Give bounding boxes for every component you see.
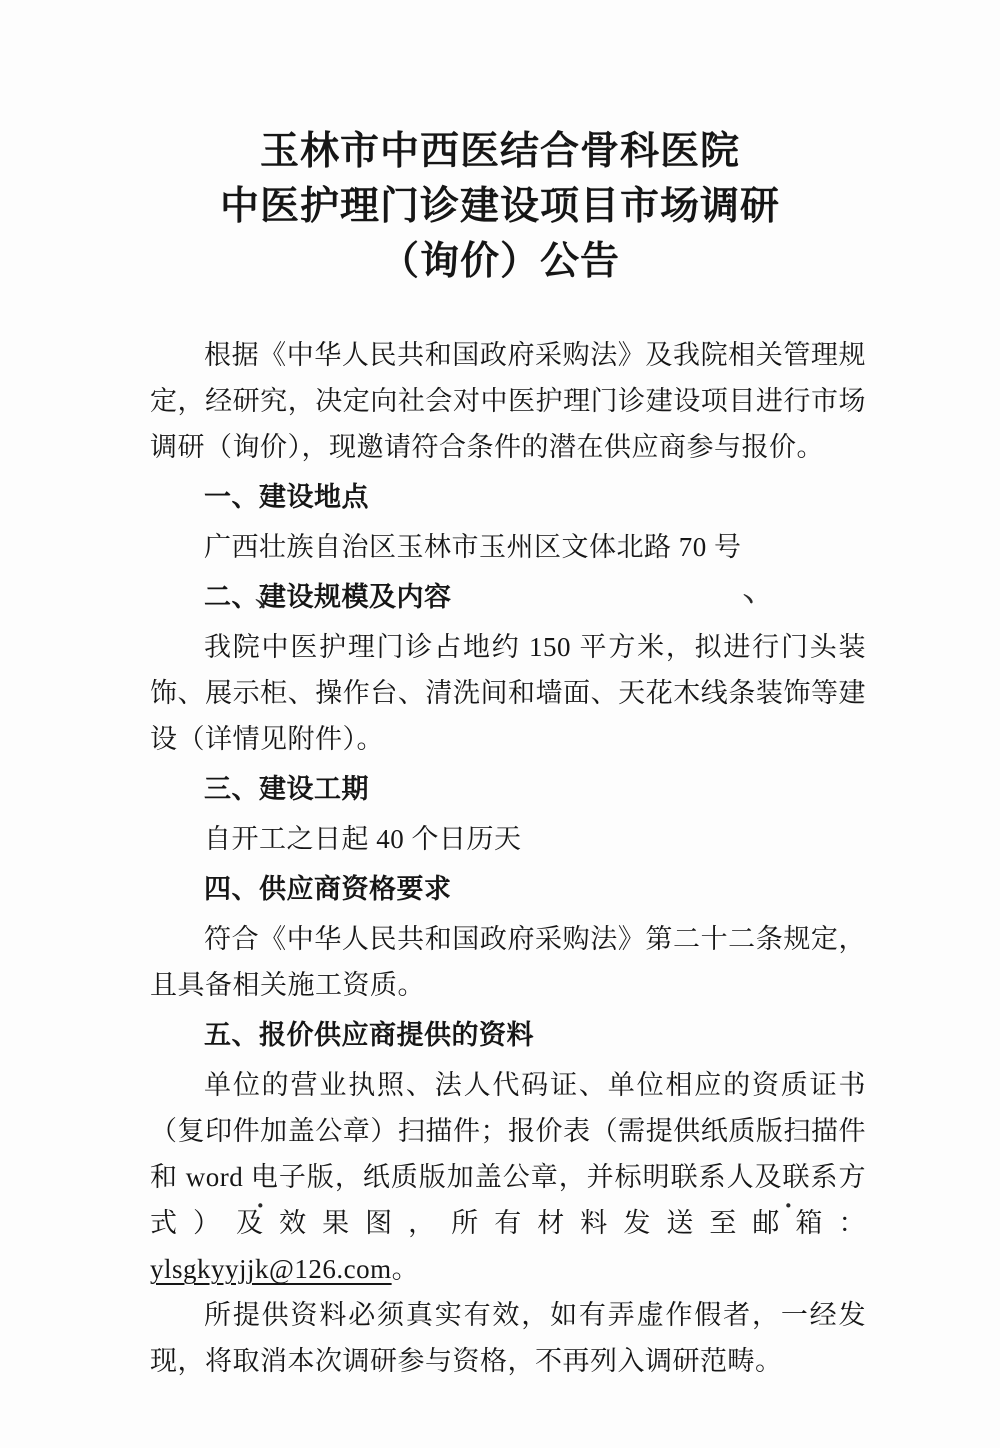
- closing-paragraph: 所提供资料必须真实有效，如有弄虚作假者，一经发现，将取消本次调研参与资格，不再列…: [150, 1292, 866, 1384]
- section-heading-1-location: 一、建设地点: [150, 474, 866, 520]
- section-text-4-qualifications: 符合《中华人民共和国政府采购法》第二十二条规定，且具备相关施工资质。: [150, 916, 866, 1008]
- document-title: 玉林市中西医结合骨科医院 中医护理门诊建设项目市场调研 （询价）公告: [0, 0, 1000, 289]
- scanned-announcement-page: 玉林市中西医结合骨科医院 中医护理门诊建设项目市场调研 （询价）公告 根据《中华…: [0, 0, 1000, 1448]
- title-line-project-name: 中医护理门诊建设项目市场调研: [0, 179, 1000, 234]
- section-text-3-duration: 自开工之日起 40 个日历天: [150, 816, 866, 862]
- section-heading-5-materials: 五、报价供应商提供的资料: [150, 1012, 866, 1058]
- materials-text-before-email: 单位的营业执照、法人代码证、单位相应的资质证书（复印件加盖公章）扫描件；报价表（…: [150, 1070, 866, 1238]
- email-link[interactable]: ylsgkyyjjk@126.com: [150, 1254, 392, 1284]
- section-text-5-materials: 单位的营业执照、法人代码证、单位相应的资质证书（复印件加盖公章）扫描件；报价表（…: [150, 1062, 866, 1292]
- title-line-announcement-type: （询价）公告: [0, 234, 1000, 289]
- section-heading-2-scope: 二、建设规模及内容: [150, 574, 866, 620]
- title-line-hospital-name: 玉林市中西医结合骨科医院: [0, 124, 1000, 179]
- section-heading-3-duration: 三、建设工期: [150, 766, 866, 812]
- section-text-2-scope: 我院中医护理门诊占地约 150 平方米，拟进行门头装饰、展示柜、操作台、清洗间和…: [150, 624, 866, 762]
- materials-text-after-email: 。: [392, 1254, 420, 1284]
- intro-paragraph: 根据《中华人民共和国政府采购法》及我院相关管理规定，经研究，决定向社会对中医护理…: [150, 332, 866, 470]
- section-heading-4-qualifications: 四、供应商资格要求: [150, 866, 866, 912]
- document-body: 根据《中华人民共和国政府采购法》及我院相关管理规定，经研究，决定向社会对中医护理…: [150, 332, 866, 1384]
- section-text-1-location: 广西壮族自治区玉林市玉州区文体北路 70 号: [150, 524, 866, 570]
